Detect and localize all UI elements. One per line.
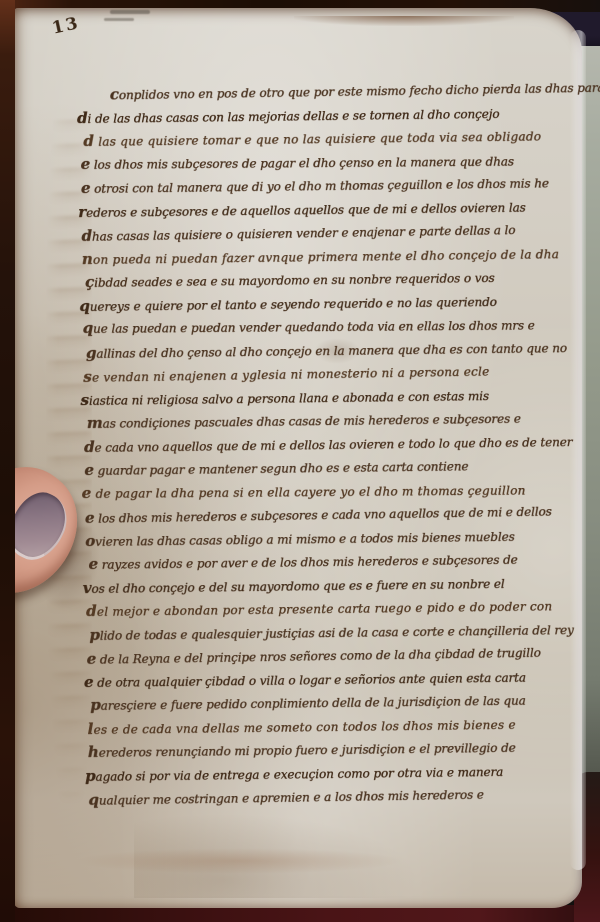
- toasted-edge-mark: [294, 16, 514, 26]
- book-binding-left-edge: [0, 0, 15, 922]
- manuscript-text-block: conplidos vno en pos de otro que por est…: [80, 77, 575, 811]
- ink-smudge: [104, 10, 156, 26]
- manuscript-photo: 13 conplidos vno en pos de otro que por …: [0, 0, 600, 922]
- page-fold-shadow: [134, 808, 434, 898]
